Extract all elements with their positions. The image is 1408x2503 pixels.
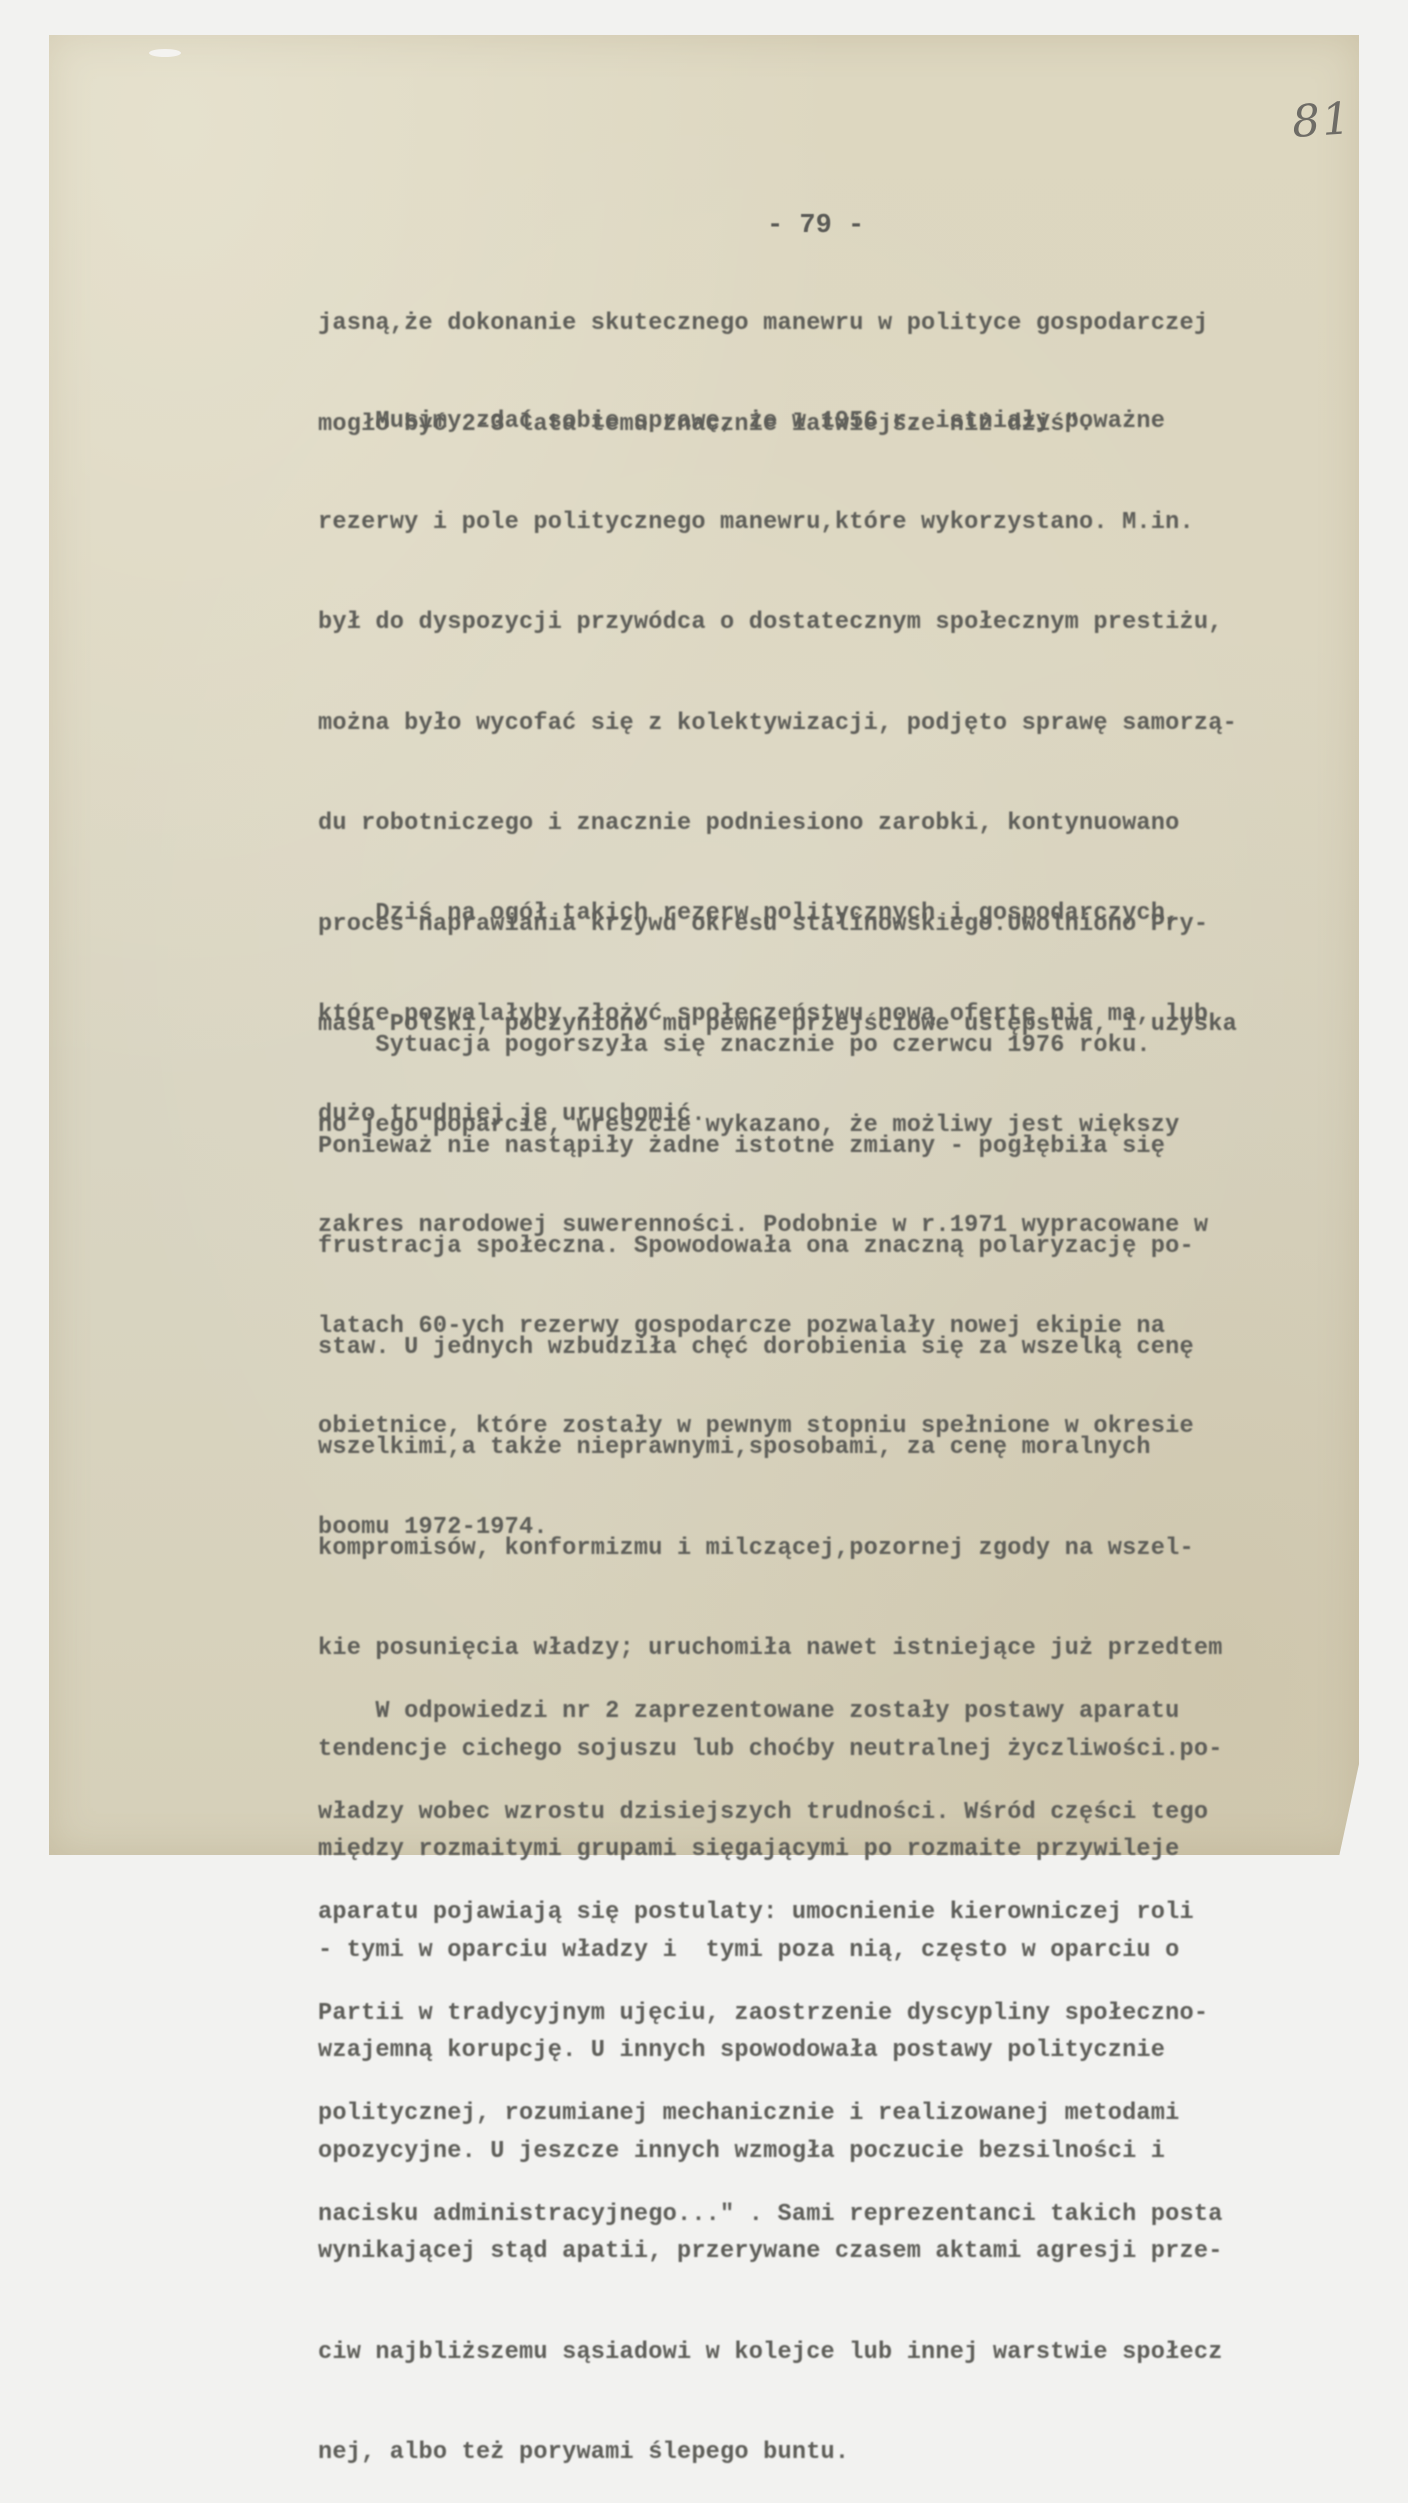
text-line: był do dyspozycji przywódca o dostateczn… [318, 606, 1237, 640]
text-line: można było wycofać się z kolektywizacji,… [318, 707, 1237, 741]
text-line: rezerwy i pole politycznego manewru,któr… [318, 506, 1237, 540]
text-line: wszelkimi,a także nieprawnymi,sposobami,… [318, 1431, 1223, 1465]
text-line: Ponieważ nie nastąpiły żadne istotne zmi… [318, 1130, 1223, 1164]
text-line: staw. U jednych wzbudziła chęć dorobieni… [318, 1331, 1223, 1365]
text-line: władzy wobec wzrostu dzisiejszych trudno… [318, 1796, 1223, 1830]
handwritten-archive-number: 81 [1290, 93, 1353, 148]
text-line: Sytuacja pogorszyła się znacznie po czer… [318, 1029, 1223, 1063]
text-line: W odpowiedzi nr 2 zaprezentowane zostały… [318, 1695, 1223, 1729]
paper-damage [149, 49, 181, 57]
text-line: jasną,że dokonanie skutecznego manewru w… [318, 307, 1208, 341]
text-line: Dziś na ogół takich rezerw politycznych … [318, 897, 1208, 931]
text-line: aparatu pojawiają się postulaty: umocnie… [318, 1896, 1223, 1920]
text-line: frustracja społeczna. Spowodowała ona zn… [318, 1230, 1223, 1264]
text-line: kompromisów, konformizmu i milczącej,poz… [318, 1532, 1223, 1566]
paragraph-answer-2: W odpowiedzi nr 2 zaprezentowane zostały… [318, 1628, 1223, 1920]
page-number: - 79 - [767, 211, 864, 241]
text-line: Musimy zdać sobie sprawę, że w 1956 r. i… [318, 405, 1237, 439]
